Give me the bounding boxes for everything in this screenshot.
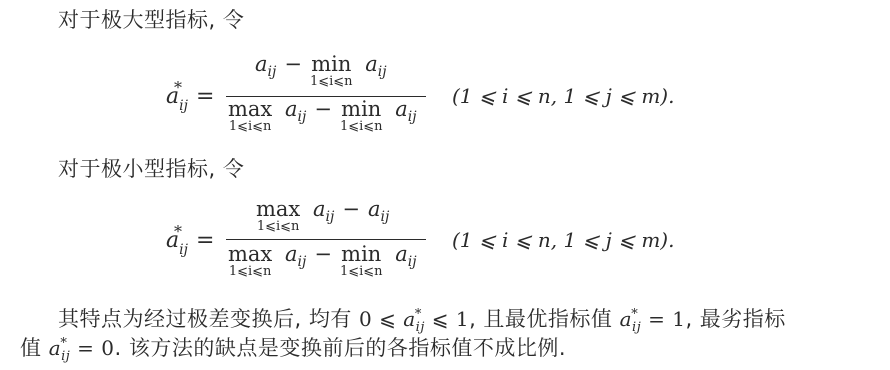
index-condition: (1 ⩽ i ⩽ n, 1 ⩽ j ⩽ m). [452, 84, 674, 108]
best-value-expression: aij* = 1 [620, 307, 686, 331]
benefit-indicator-intro: 对于极大型指标, 令 [58, 4, 244, 34]
worst-value-expression: aij* = 0 [49, 336, 115, 360]
fraction-bar [226, 239, 426, 240]
range-expression: 0 ⩽ aij* ⩽ 1 [359, 307, 469, 331]
formula-denominator: max1⩽i⩽n aij−min1⩽i⩽n aij [228, 243, 417, 279]
formula-numerator: max1⩽i⩽n aij−aij [256, 198, 389, 234]
index-condition: (1 ⩽ i ⩽ n, 1 ⩽ j ⩽ m). [452, 228, 674, 252]
formula-lhs: aij*= [166, 228, 214, 253]
cost-indicator-intro: 对于极小型指标, 令 [58, 153, 244, 183]
formula-numerator: aij−min1⩽i⩽n aij [255, 53, 387, 89]
conclusion-line-1: 其特点为经过极差变换后, 均有 0 ⩽ aij* ⩽ 1, 且最优指标值 aij… [58, 303, 786, 333]
formula-lhs: aij*= [166, 84, 214, 109]
conclusion-line-2: 值 aij* = 0. 该方法的缺点是变换前后的各指标值不成比例. [20, 332, 566, 362]
formula-denominator: max1⩽i⩽n aij−min1⩽i⩽n aij [228, 98, 417, 134]
